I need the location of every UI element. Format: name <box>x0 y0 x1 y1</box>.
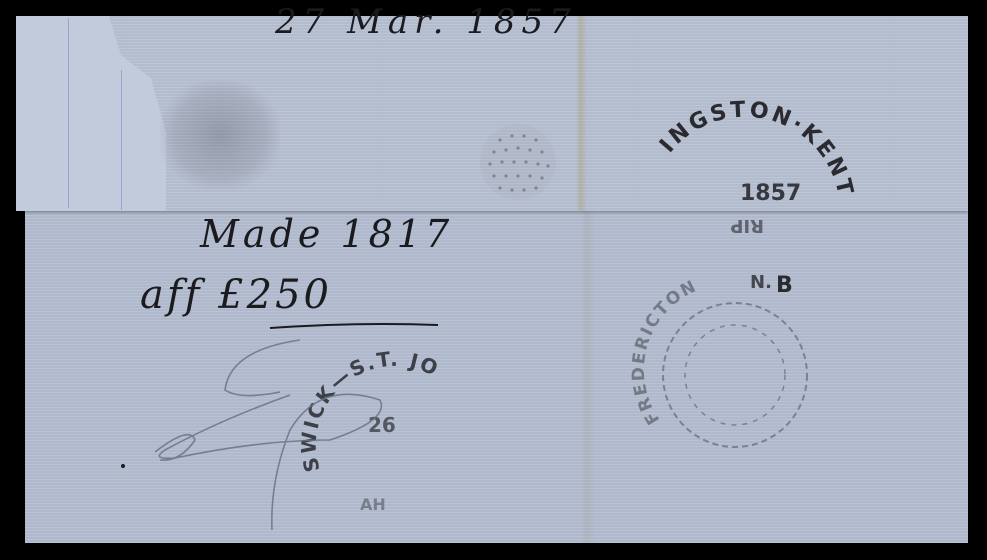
pencil-flourish <box>155 340 381 530</box>
svg-text:AH: AH <box>360 495 386 514</box>
svg-text:B: B <box>776 273 793 298</box>
postmarks-layer: INGSTON·KENT 1857 RIP B N. FREDERICTON S… <box>0 0 987 560</box>
svg-text:26: 26 <box>368 413 396 437</box>
svg-text:1857: 1857 <box>740 181 801 206</box>
postmark-fredericton: FREDERICTON <box>629 276 807 447</box>
svg-text:RIP: RIP <box>730 215 764 236</box>
svg-text:SWICK—S.T. JO: SWICK—S.T. JO <box>297 347 444 475</box>
postmark-kensington: INGSTON·KENT 1857 RIP B N. <box>655 97 858 298</box>
postmark-brunswick-st-john: SWICK—S.T. JO 26 AH <box>297 347 444 514</box>
svg-text:N.: N. <box>750 272 772 293</box>
punch-cancel-mark <box>480 124 556 200</box>
